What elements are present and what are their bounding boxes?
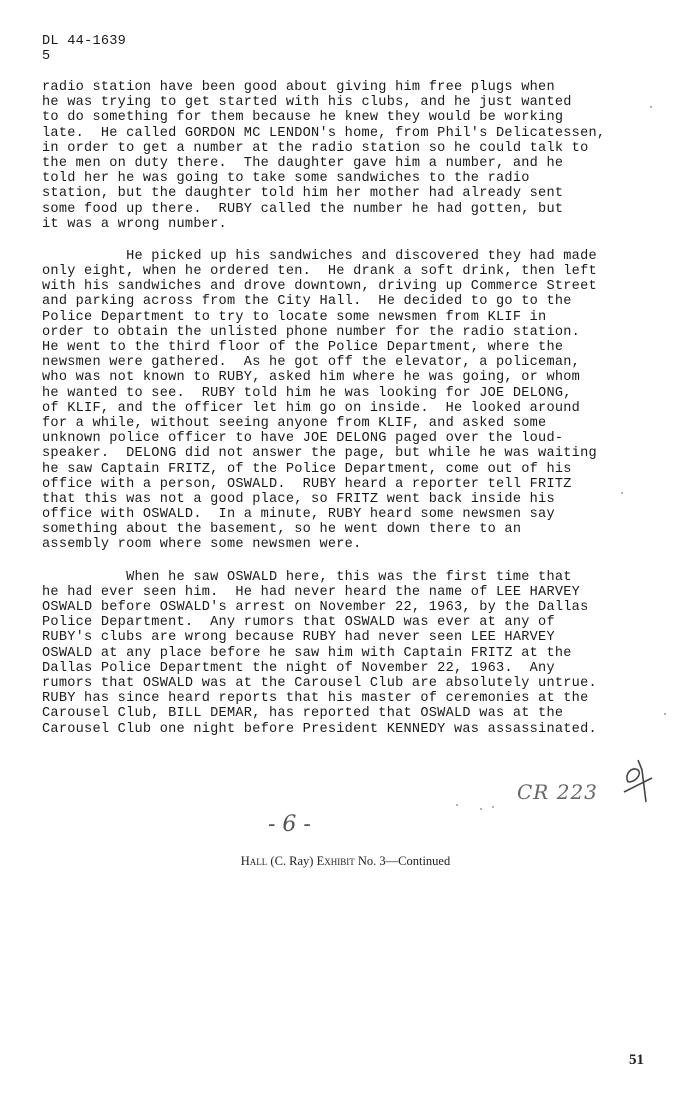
document-header: DL 44-1639 5 bbox=[42, 34, 126, 64]
text-line: it was a wrong number. bbox=[42, 217, 662, 232]
text-line: newsmen were gathered. As he got off the… bbox=[42, 355, 662, 370]
text-line: told her he was going to take some sandw… bbox=[42, 171, 662, 186]
text-line: assembly room where some newsmen were. bbox=[42, 537, 662, 552]
text-line: for a while, without seeing anyone from … bbox=[42, 416, 662, 431]
text-line: He picked up his sandwiches and discover… bbox=[42, 249, 662, 264]
caption-name: Hall bbox=[241, 854, 268, 868]
scan-speck bbox=[621, 492, 623, 494]
document-page: DL 44-1639 5 radio station have been goo… bbox=[0, 0, 691, 1094]
file-number: DL 44-1639 bbox=[42, 34, 126, 49]
text-line: Police Department to try to locate some … bbox=[42, 310, 662, 325]
handwritten-initial-icon bbox=[618, 752, 658, 812]
text-line: office with a person, OSWALD. RUBY heard… bbox=[42, 477, 662, 492]
text-line: RUBY's clubs are wrong because RUBY had … bbox=[42, 630, 662, 645]
text-line: some food up there. RUBY called the numb… bbox=[42, 202, 662, 217]
caption-suffix: —Continued bbox=[386, 854, 451, 868]
text-line: who was not known to RUBY, asked him whe… bbox=[42, 370, 662, 385]
text-line: Carousel Club one night before President… bbox=[42, 722, 662, 737]
page-number: 51 bbox=[629, 1052, 644, 1069]
scan-speck bbox=[456, 804, 458, 806]
text-line: of KLIF, and the officer let him go on i… bbox=[42, 401, 662, 416]
text-line: late. He called GORDON MC LENDON's home,… bbox=[42, 126, 662, 141]
paragraph-1: radio station have been good about givin… bbox=[42, 80, 662, 232]
caption-qualifier: (C. Ray) bbox=[270, 854, 313, 868]
text-line: speaker. DELONG did not answer the page,… bbox=[42, 446, 662, 461]
text-line: that this was not a good place, so FRITZ… bbox=[42, 492, 662, 507]
caption-exhibit-word: Exhibit bbox=[317, 854, 355, 868]
text-line: He went to the third floor of the Police… bbox=[42, 340, 662, 355]
text-line: only eight, when he ordered ten. He dran… bbox=[42, 264, 662, 279]
scan-speck bbox=[664, 713, 666, 715]
handwritten-page-number: - 6 - bbox=[268, 812, 311, 837]
text-line: in order to get a number at the radio st… bbox=[42, 141, 662, 156]
text-line: something about the basement, so he went… bbox=[42, 522, 662, 537]
text-line: and parking across from the City Hall. H… bbox=[42, 294, 662, 309]
page-marker: 5 bbox=[42, 49, 126, 64]
scan-speck bbox=[650, 106, 652, 108]
text-line: the men on duty there. The daughter gave… bbox=[42, 156, 662, 171]
text-line: RUBY has since heard reports that his ma… bbox=[42, 691, 662, 706]
text-line: Carousel Club, BILL DEMAR, has reported … bbox=[42, 706, 662, 721]
text-line: OSWALD before OSWALD's arrest on Novembe… bbox=[42, 600, 662, 615]
text-line: he saw Captain FRITZ, of the Police Depa… bbox=[42, 462, 662, 477]
paragraph-3: When he saw OSWALD here, this was the fi… bbox=[42, 570, 662, 737]
text-line: Dallas Police Department the night of No… bbox=[42, 661, 662, 676]
handwritten-annotation: CR 223 bbox=[517, 780, 598, 804]
text-line: rumors that OSWALD was at the Carousel C… bbox=[42, 676, 662, 691]
text-line: When he saw OSWALD here, this was the fi… bbox=[42, 570, 662, 585]
text-line: radio station have been good about givin… bbox=[42, 80, 662, 95]
caption-exhibit-number: No. 3 bbox=[358, 854, 386, 868]
exhibit-caption: Hall (C. Ray) Exhibit No. 3—Continued bbox=[0, 854, 691, 869]
text-line: to do something for them because he knew… bbox=[42, 110, 662, 125]
text-line: order to obtain the unlisted phone numbe… bbox=[42, 325, 662, 340]
text-line: with his sandwiches and drove downtown, … bbox=[42, 279, 662, 294]
text-line: he had ever seen him. He had never heard… bbox=[42, 585, 662, 600]
text-line: unknown police officer to have JOE DELON… bbox=[42, 431, 662, 446]
text-line: OSWALD at any place before he saw him wi… bbox=[42, 646, 662, 661]
text-line: he was trying to get started with his cl… bbox=[42, 95, 662, 110]
text-line: station, but the daughter told him her m… bbox=[42, 186, 662, 201]
document-body: radio station have been good about givin… bbox=[42, 80, 662, 754]
text-line: office with OSWALD. In a minute, RUBY he… bbox=[42, 507, 662, 522]
text-line: he wanted to see. RUBY told him he was l… bbox=[42, 386, 662, 401]
scan-speck bbox=[492, 806, 494, 808]
text-line: Police Department. Any rumors that OSWAL… bbox=[42, 615, 662, 630]
scan-speck bbox=[480, 808, 482, 810]
paragraph-2: He picked up his sandwiches and discover… bbox=[42, 249, 662, 553]
